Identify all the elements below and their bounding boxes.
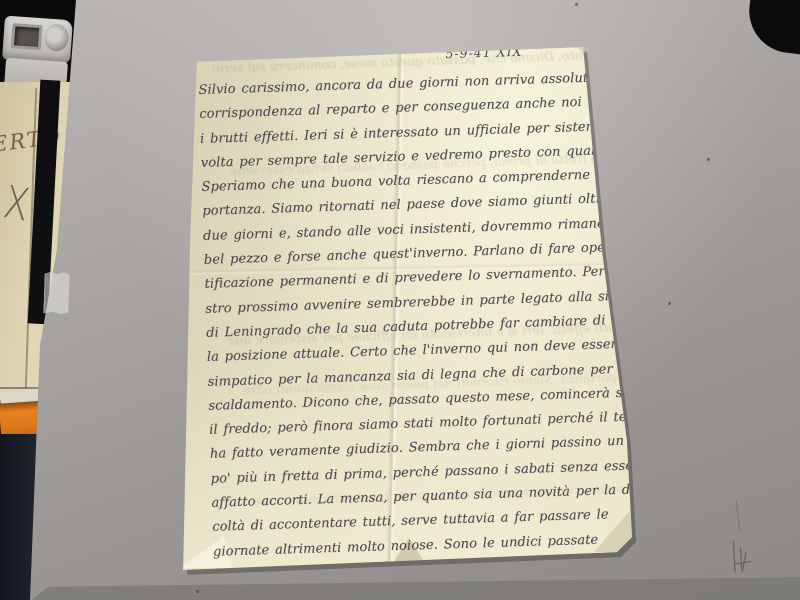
letter-body: 5-9-41 XIX Silvio carissimo, ancora da d… [165, 29, 652, 583]
photo-of-letter: ERTO X scaldamento. Dicono che, passato … [0, 0, 800, 600]
letter-paper: scaldamento. Dicono che, passato questo … [170, 38, 640, 578]
folder-pencil-x: X [0, 177, 33, 232]
speck [196, 590, 199, 593]
tape-dispenser-recess [11, 23, 43, 50]
tape-piece-on-board [43, 272, 69, 315]
speck [668, 302, 671, 305]
speck [707, 158, 710, 161]
pencil-scribble [721, 536, 762, 583]
speck [575, 3, 578, 6]
